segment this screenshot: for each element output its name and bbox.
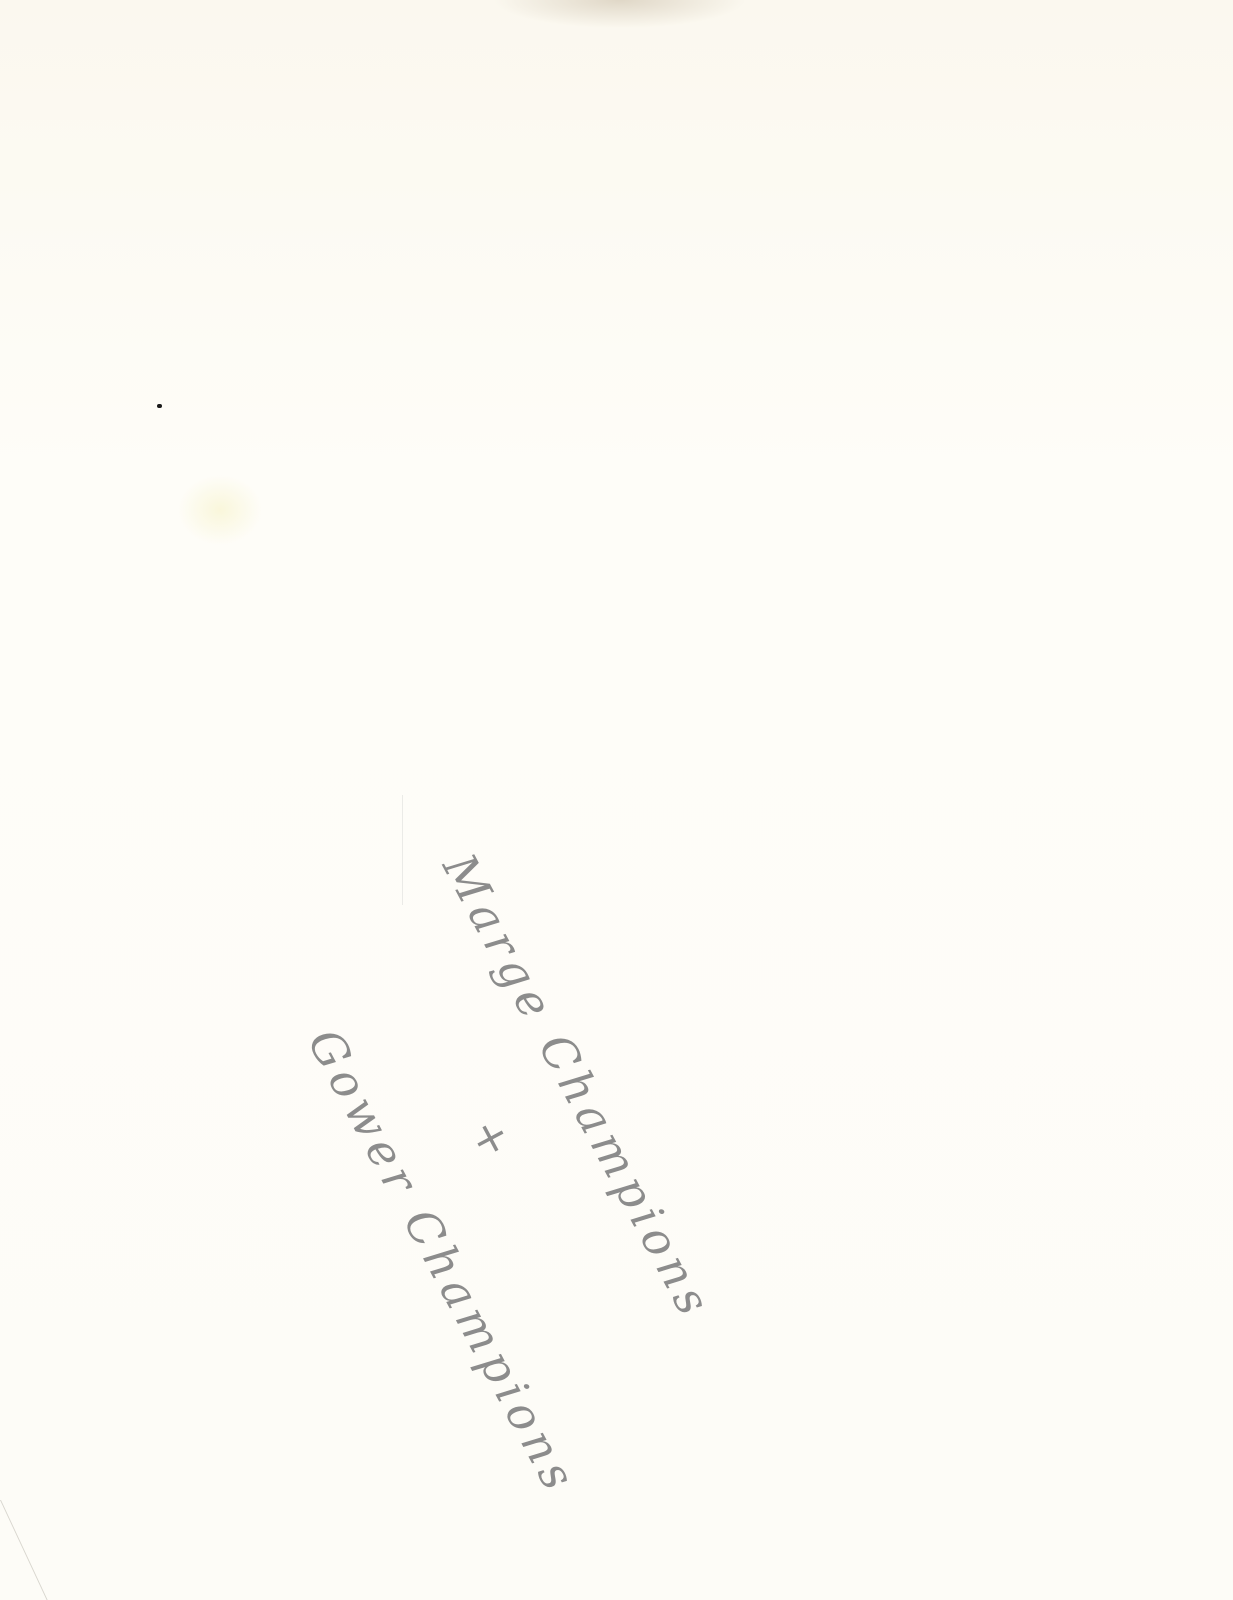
ink-speck xyxy=(157,404,162,408)
photo-back-paper xyxy=(0,0,1233,1600)
faint-mark xyxy=(402,795,403,905)
